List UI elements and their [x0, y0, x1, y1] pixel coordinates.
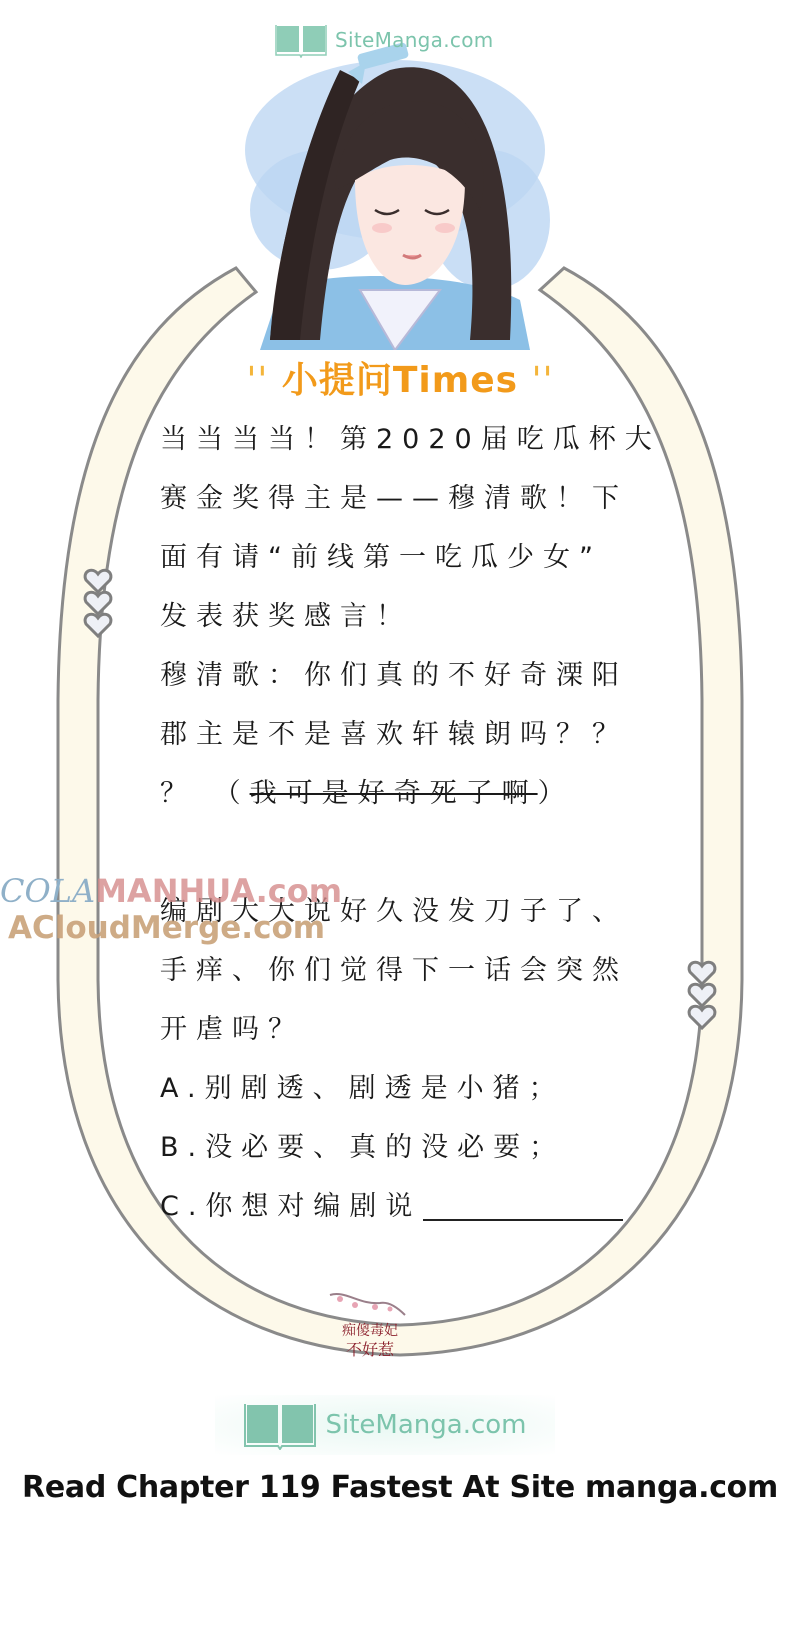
- option-c-label: C.你想对编剧说: [160, 1191, 421, 1222]
- title-open-quote: '': [247, 360, 269, 401]
- watermark-bottom: SiteManga.com: [215, 1395, 555, 1455]
- watermark-colamanhua: COLAMANHUA.com: [0, 872, 342, 910]
- aside-open: （: [214, 778, 250, 809]
- book-icon: [275, 22, 327, 58]
- body-line: 发表获奖感言！: [160, 587, 640, 646]
- series-logo: 痴傻毒妃 不好惹: [320, 1285, 420, 1365]
- title-close-quote: '': [532, 360, 554, 401]
- body-line: 当当当当！第2020届吃瓜杯大: [160, 410, 640, 469]
- option-c: C.你想对编剧说: [160, 1177, 640, 1236]
- title-text: 小提问Times: [282, 360, 518, 401]
- book-icon: [244, 1400, 316, 1450]
- logo-line1: 痴傻毒妃: [342, 1322, 398, 1339]
- fill-in-blank: [423, 1195, 623, 1221]
- body-line: ？: [160, 778, 196, 809]
- option-a: A.别剧透、剧透是小猪；: [160, 1059, 640, 1118]
- watermark-bottom-text: SiteManga.com: [326, 1410, 527, 1440]
- section-title: '' 小提问Times '': [220, 352, 580, 403]
- character-illustration: [240, 10, 550, 350]
- body-line: 郡主是不是喜欢轩辕朗吗？？: [160, 705, 640, 764]
- body-line-aside: ？ （我可是好奇死了啊）: [160, 764, 640, 823]
- watermark-manhua-text: MANHUA.com: [95, 872, 342, 910]
- body-line: 穆清歌：你们真的不好奇溧阳: [160, 646, 640, 705]
- body-line: 赛金奖得主是——穆清歌！下: [160, 469, 640, 528]
- watermark-acloudmerge: ACloudMerge.com: [8, 910, 325, 946]
- body-line: 面有请“前线第一吃瓜少女”: [160, 528, 640, 587]
- aside-struck-text: 我可是好奇死了啊: [250, 778, 538, 809]
- question-line: 手痒、你们觉得下一话会突然: [160, 941, 640, 1000]
- question-line: 开虐吗？: [160, 1000, 640, 1059]
- aside-close: ）: [538, 778, 574, 809]
- message-body: 当当当当！第2020届吃瓜杯大 赛金奖得主是——穆清歌！下 面有请“前线第一吃瓜…: [160, 410, 640, 1236]
- watermark-cola-text: COLA: [0, 872, 95, 910]
- watermark-top-text: SiteManga.com: [335, 28, 494, 52]
- logo-line2: 不好惹: [346, 1340, 395, 1359]
- option-b: B.没必要、真的没必要；: [160, 1118, 640, 1177]
- watermark-top: SiteManga.com: [275, 22, 494, 58]
- footer-promo-text: Read Chapter 119 Fastest At Site manga.c…: [0, 1470, 800, 1505]
